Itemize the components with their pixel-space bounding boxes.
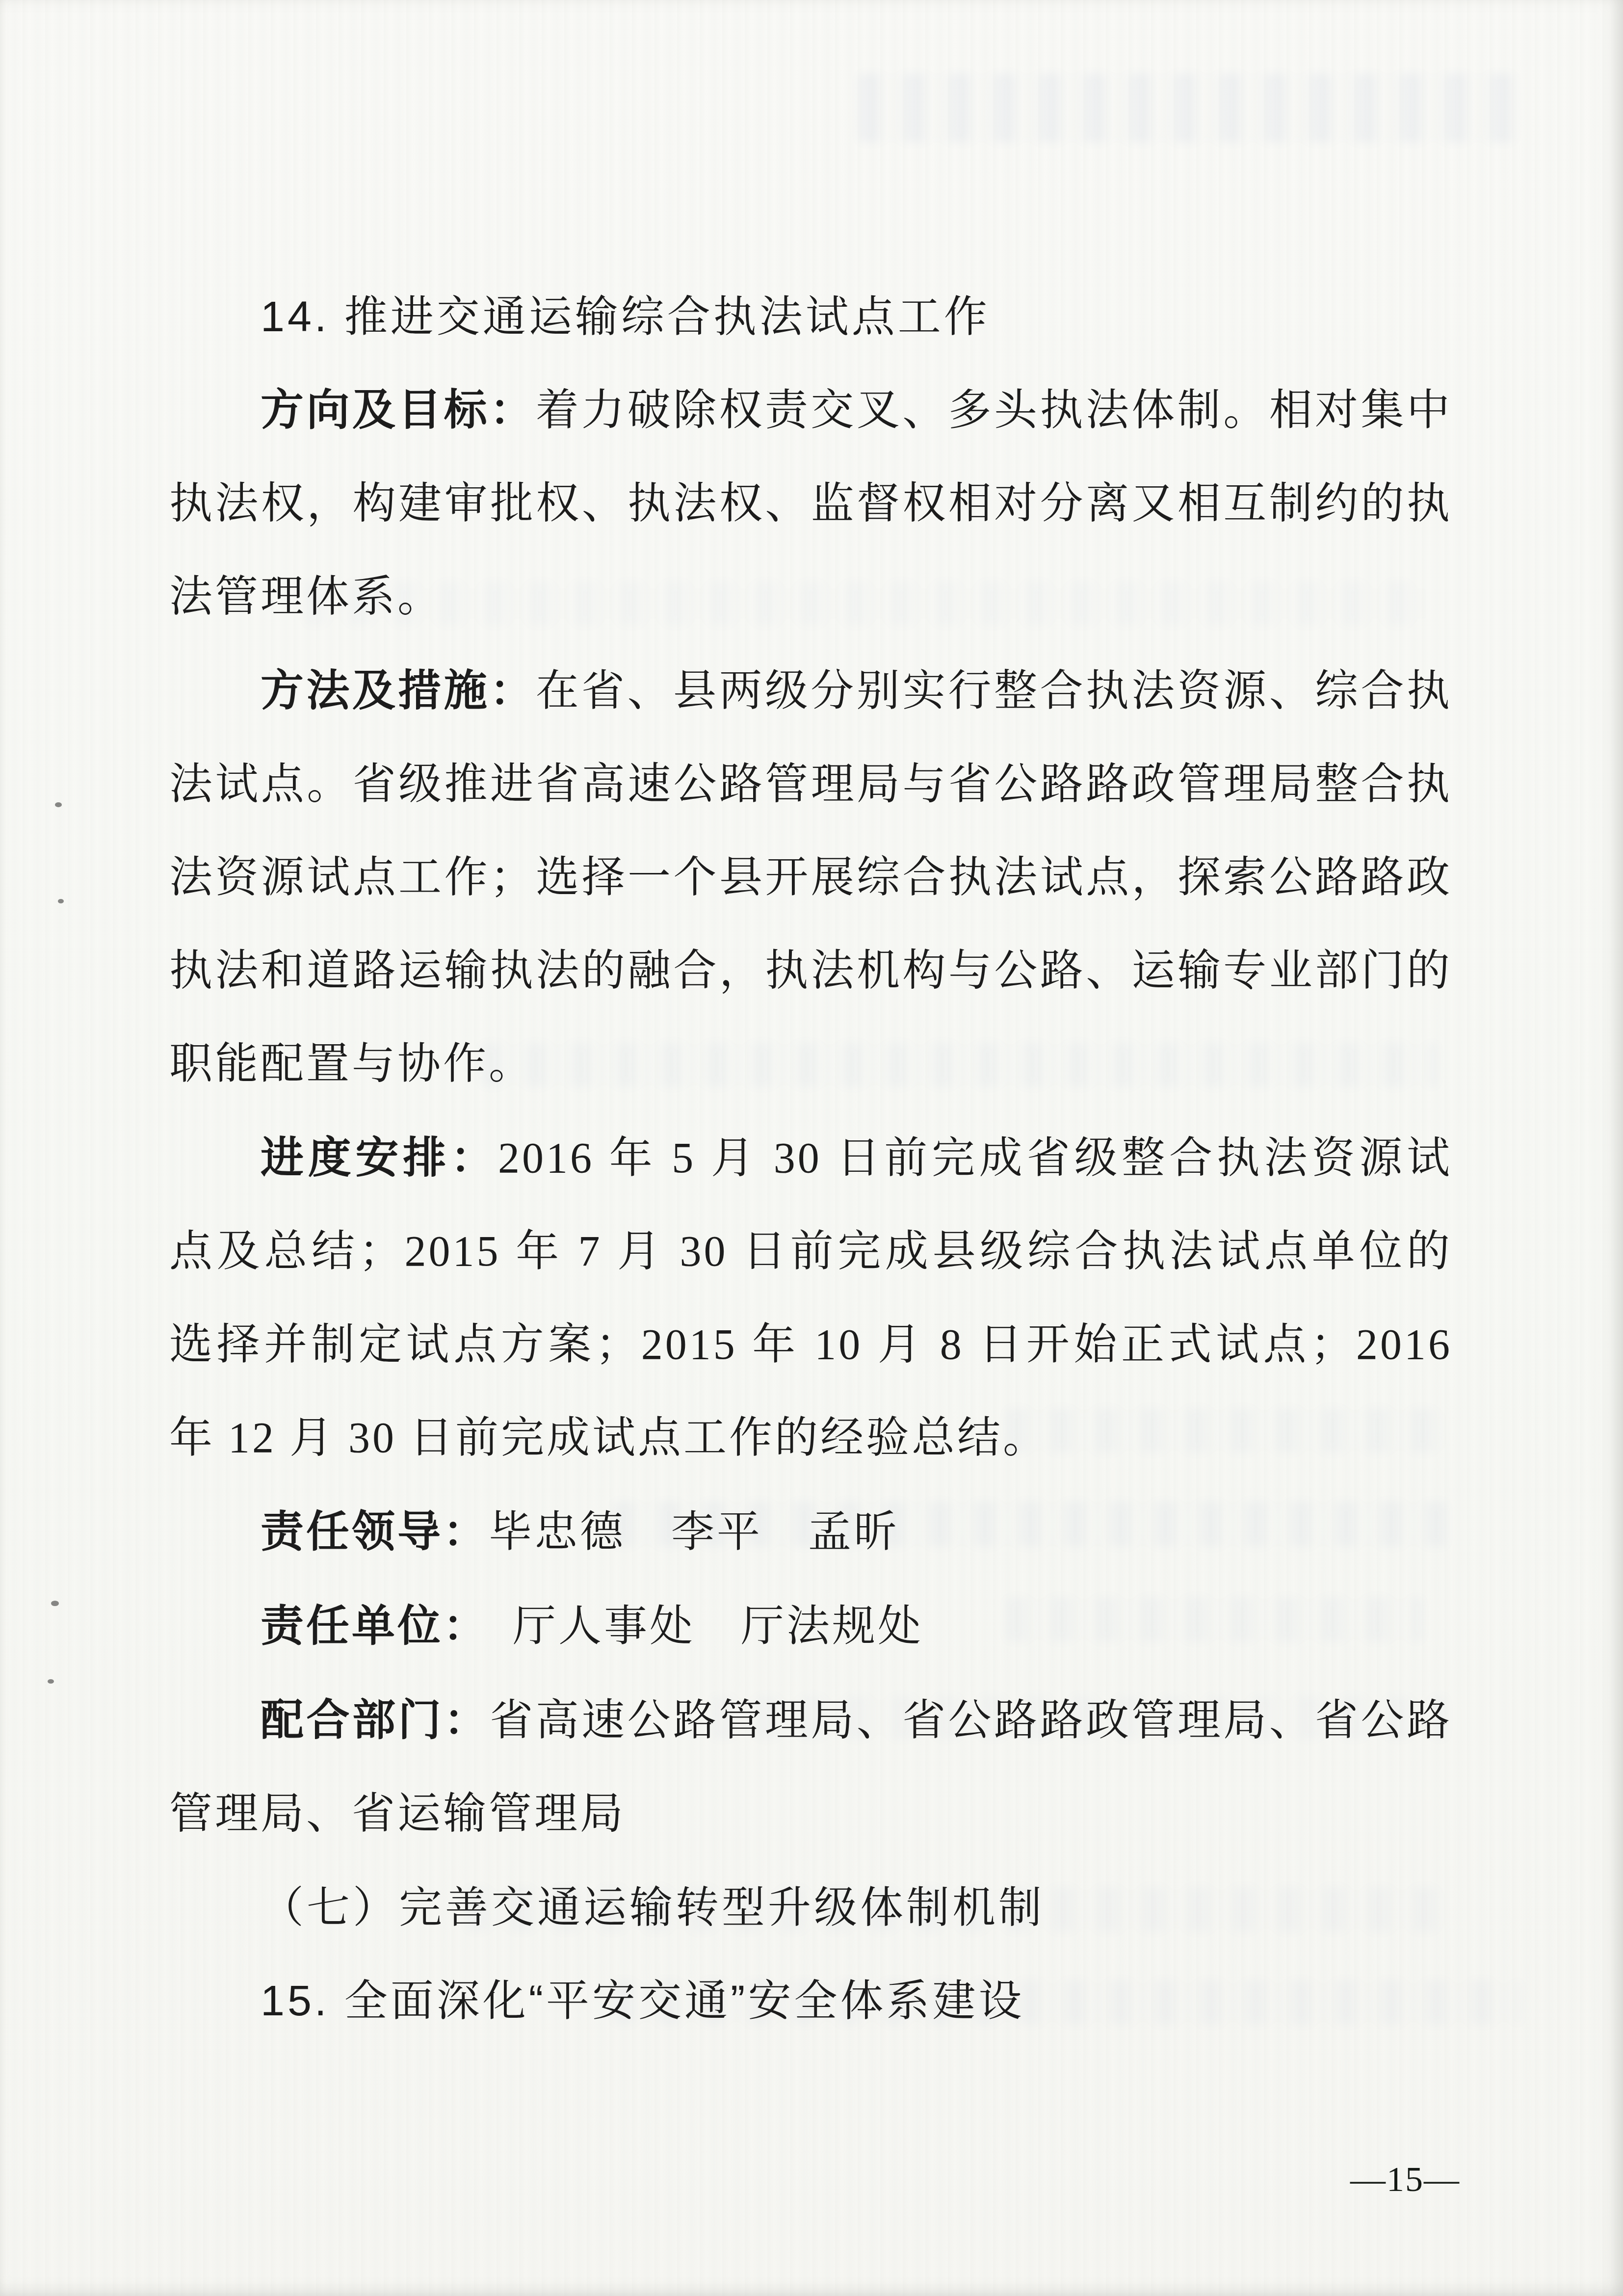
paragraph-cooperating-departments: 配合部门：省高速公路管理局、省公路路政管理局、省公路管理局、省运输管理局	[169, 1673, 1452, 1861]
scan-speck	[55, 802, 62, 807]
section-heading-14: 14. 推进交通运输综合执法试点工作	[169, 270, 1452, 363]
paragraph-responsible-leaders: 责任领导：毕忠德 李平 孟昕	[169, 1485, 1452, 1579]
document-body: 14. 推进交通运输综合执法试点工作 方向及目标：着力破除权责交叉、多头执法体制…	[169, 270, 1452, 2047]
scanned-document-page: { "page": { "background_color": "#f8f8f5…	[0, 0, 1623, 2296]
scan-speck	[48, 1679, 54, 1684]
paragraph-label-method-measures: 方法及措施：	[261, 666, 536, 714]
section-heading-15: 15. 全面深化“平安交通”安全体系建设	[169, 1954, 1452, 2047]
section-heading-7: （七）完善交通运输转型升级体制机制	[169, 1861, 1452, 1954]
paragraph-label-responsible-leaders: 责任领导：	[261, 1507, 489, 1556]
page-number: —15—	[1350, 2159, 1460, 2200]
bleedthrough-smudge	[859, 74, 1521, 142]
paragraph-label-cooperating-departments: 配合部门：	[261, 1695, 490, 1744]
paragraph-method-measures: 方法及措施：在省、县两级分别实行整合执法资源、综合执法试点。省级推进省高速公路管…	[169, 644, 1452, 1111]
paragraph-text-responsible-leaders: 毕忠德 李平 孟昕	[489, 1508, 899, 1556]
paragraph-label-responsible-unit: 责任单位：	[261, 1601, 467, 1650]
paragraph-label-direction-goal: 方向及目标：	[261, 385, 536, 434]
paragraph-label-schedule: 进度安排：	[261, 1133, 498, 1182]
paragraph-schedule: 进度安排：2016 年 5 月 30 日前完成省级整合执法资源试点及总结；201…	[169, 1111, 1452, 1485]
scan-speck	[58, 899, 64, 903]
paragraph-text-responsible-unit: 厅人事处 厅法规处	[467, 1603, 923, 1650]
paragraph-text-method-measures: 在省、县两级分别实行整合执法资源、综合执法试点。省级推进省高速公路管理局与省公路…	[169, 667, 1452, 1088]
paragraph-direction-goal: 方向及目标：着力破除权责交叉、多头执法体制。相对集中执法权，构建审批权、执法权、…	[169, 363, 1452, 644]
scan-speck	[51, 1601, 59, 1606]
paragraph-responsible-unit: 责任单位： 厅人事处 厅法规处	[169, 1579, 1452, 1673]
paragraph-text-schedule: 2016 年 5 月 30 日前完成省级整合执法资源试点及总结；2015 年 7…	[169, 1135, 1452, 1462]
